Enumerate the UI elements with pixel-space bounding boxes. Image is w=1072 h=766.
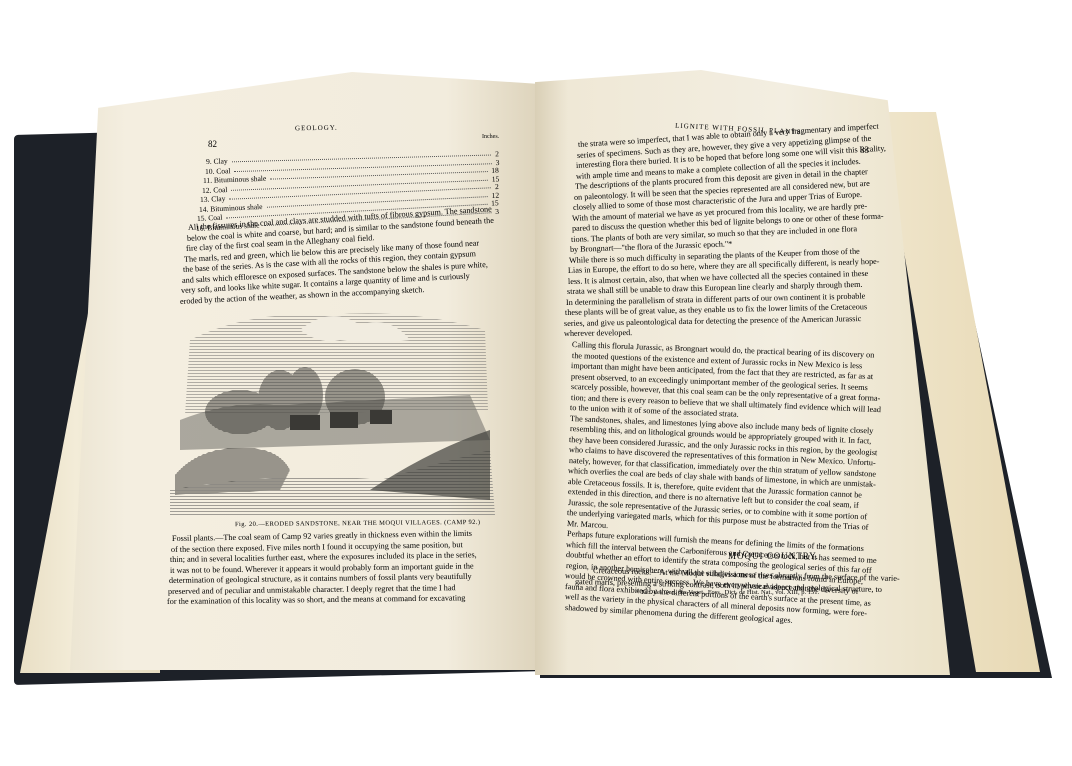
- text-line: wherever developed.: [564, 328, 632, 339]
- section-row-label: 13. Clay: [200, 194, 226, 204]
- section-heading: MOQUI COUNTRY.: [728, 551, 819, 561]
- section-row-label: 10. Coal: [204, 166, 230, 176]
- section-row-label: 9. Clay: [206, 156, 228, 166]
- engraving-eroded-sandstone: [170, 300, 495, 515]
- left-page-number: 82: [208, 139, 217, 149]
- open-book: GEOLOGY. 82 Inches. 9. Clay210. Coal311.…: [0, 0, 1072, 766]
- section-row-value: 3: [495, 206, 499, 215]
- left-running-head: GEOLOGY.: [295, 124, 338, 133]
- footnote: * Tab. des Gen. des Veget., Foss., Dict.…: [636, 589, 819, 596]
- section-column-label: Inches.: [482, 134, 499, 140]
